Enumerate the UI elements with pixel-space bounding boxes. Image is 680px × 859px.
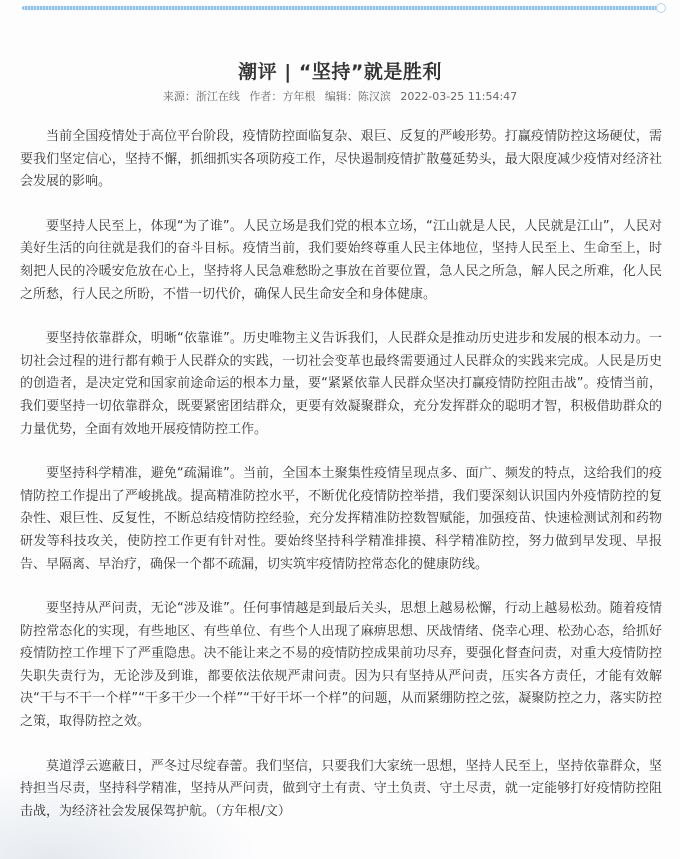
progress-knob-icon: [656, 3, 666, 13]
article-source: 来源：浙江在线: [163, 90, 240, 103]
article-body: 当前全国疫情处于高位平台阶段，疫情防控面临复杂、艰巨、反复的严峻形势。打赢疫情防…: [20, 126, 662, 845]
article-title: 潮评 | “坚持”就是胜利: [0, 57, 680, 84]
article-paragraph: 要坚持依靠群众，明晰“依靠谁”。历史唯物主义告诉我们，人民群众是推动历史进步和发…: [20, 328, 662, 441]
article-paragraph: 当前全国疫情处于高位平台阶段，疫情防控面临复杂、艰巨、反复的严峻形势。打赢疫情防…: [20, 126, 662, 194]
reading-progress-bar: [22, 6, 662, 10]
article-editor: 编辑：陈汉滨: [325, 90, 391, 103]
article-paragraph: 莫道浮云遮蔽日，严冬过尽绽春蕾。我们坚信，只要我们大家统一思想，坚持人民至上，坚…: [20, 756, 662, 824]
article-paragraph: 要坚持科学精准，避免“疏漏谁”。当前，全国本土聚集性疫情呈现点多、面广、频发的特…: [20, 463, 662, 576]
article-meta: 来源：浙江在线 作者：方年根 编辑：陈汉滨 2022-03-25 11:54:4…: [0, 88, 680, 104]
article-datetime: 2022-03-25 11:54:47: [400, 90, 517, 103]
article-paragraph: 要坚持人民至上，体现“为了谁”。人民立场是我们党的根本立场，“江山就是人民，人民…: [20, 216, 662, 306]
article-author: 作者：方年根: [249, 90, 315, 103]
article-paragraph: 要坚持从严问责，无论“涉及谁”。任何事情越是到最后关头，思想上越易松懈，行动上越…: [20, 598, 662, 734]
